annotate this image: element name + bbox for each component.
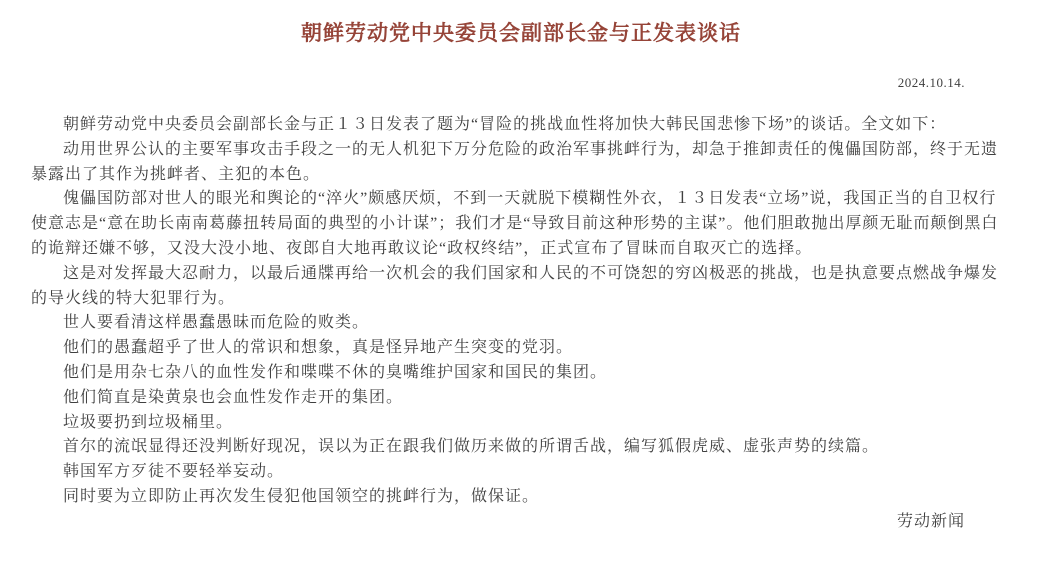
article-paragraph: 同时要为立即防止再次发生侵犯他国领空的挑衅行为，做保证。 xyxy=(31,485,1011,510)
article-paragraph: 他们简直是染黄泉也会血性发作走开的集团。 xyxy=(31,386,1011,411)
article-title: 朝鲜劳动党中央委员会副部长金与正发表谈话 xyxy=(31,18,1011,48)
article-paragraph: 动用世界公认的主要军事攻击手段之一的无人机犯下万分危险的政治军事挑衅行为，却急于… xyxy=(31,138,1011,188)
article-date: 2024.10.14. xyxy=(31,74,1011,92)
article-paragraph: 韩国军方歹徒不要轻举妄动。 xyxy=(31,460,1011,485)
article-paragraph: 垃圾要扔到垃圾桶里。 xyxy=(31,411,1011,436)
article-paragraph: 傀儡国防部对世人的眼光和舆论的“淬火”颇感厌烦，不到一天就脱下模糊性外衣，１３日… xyxy=(31,187,1011,261)
article-paragraph: 他们是用杂七杂八的血性发作和喋喋不休的臭嘴维护国家和国民的集团。 xyxy=(31,361,1011,386)
article-body: 朝鲜劳动党中央委员会副部长金与正１３日发表了题为“冒险的挑战血性将加快大韩民国悲… xyxy=(31,113,1011,510)
article-signature: 劳动新闻 xyxy=(31,510,1011,535)
article-paragraph: 朝鲜劳动党中央委员会副部长金与正１３日发表了题为“冒险的挑战血性将加快大韩民国悲… xyxy=(31,113,1011,138)
article-page: 朝鲜劳动党中央委员会副部长金与正发表谈话 2024.10.14. 朝鲜劳动党中央… xyxy=(0,0,1042,569)
article-paragraph: 他们的愚蠢超乎了世人的常识和想象，真是怪异地产生突变的党羽。 xyxy=(31,336,1011,361)
article-paragraph: 世人要看清这样愚蠢愚昧而危险的败类。 xyxy=(31,311,1011,336)
article-paragraph: 这是对发挥最大忍耐力，以最后通牒再给一次机会的我们国家和人民的不可饶恕的穷凶极恶… xyxy=(31,262,1011,312)
article-paragraph: 首尔的流氓显得还没判断好现况，误以为正在跟我们做历来做的所谓舌战，编写狐假虎威、… xyxy=(31,435,1011,460)
